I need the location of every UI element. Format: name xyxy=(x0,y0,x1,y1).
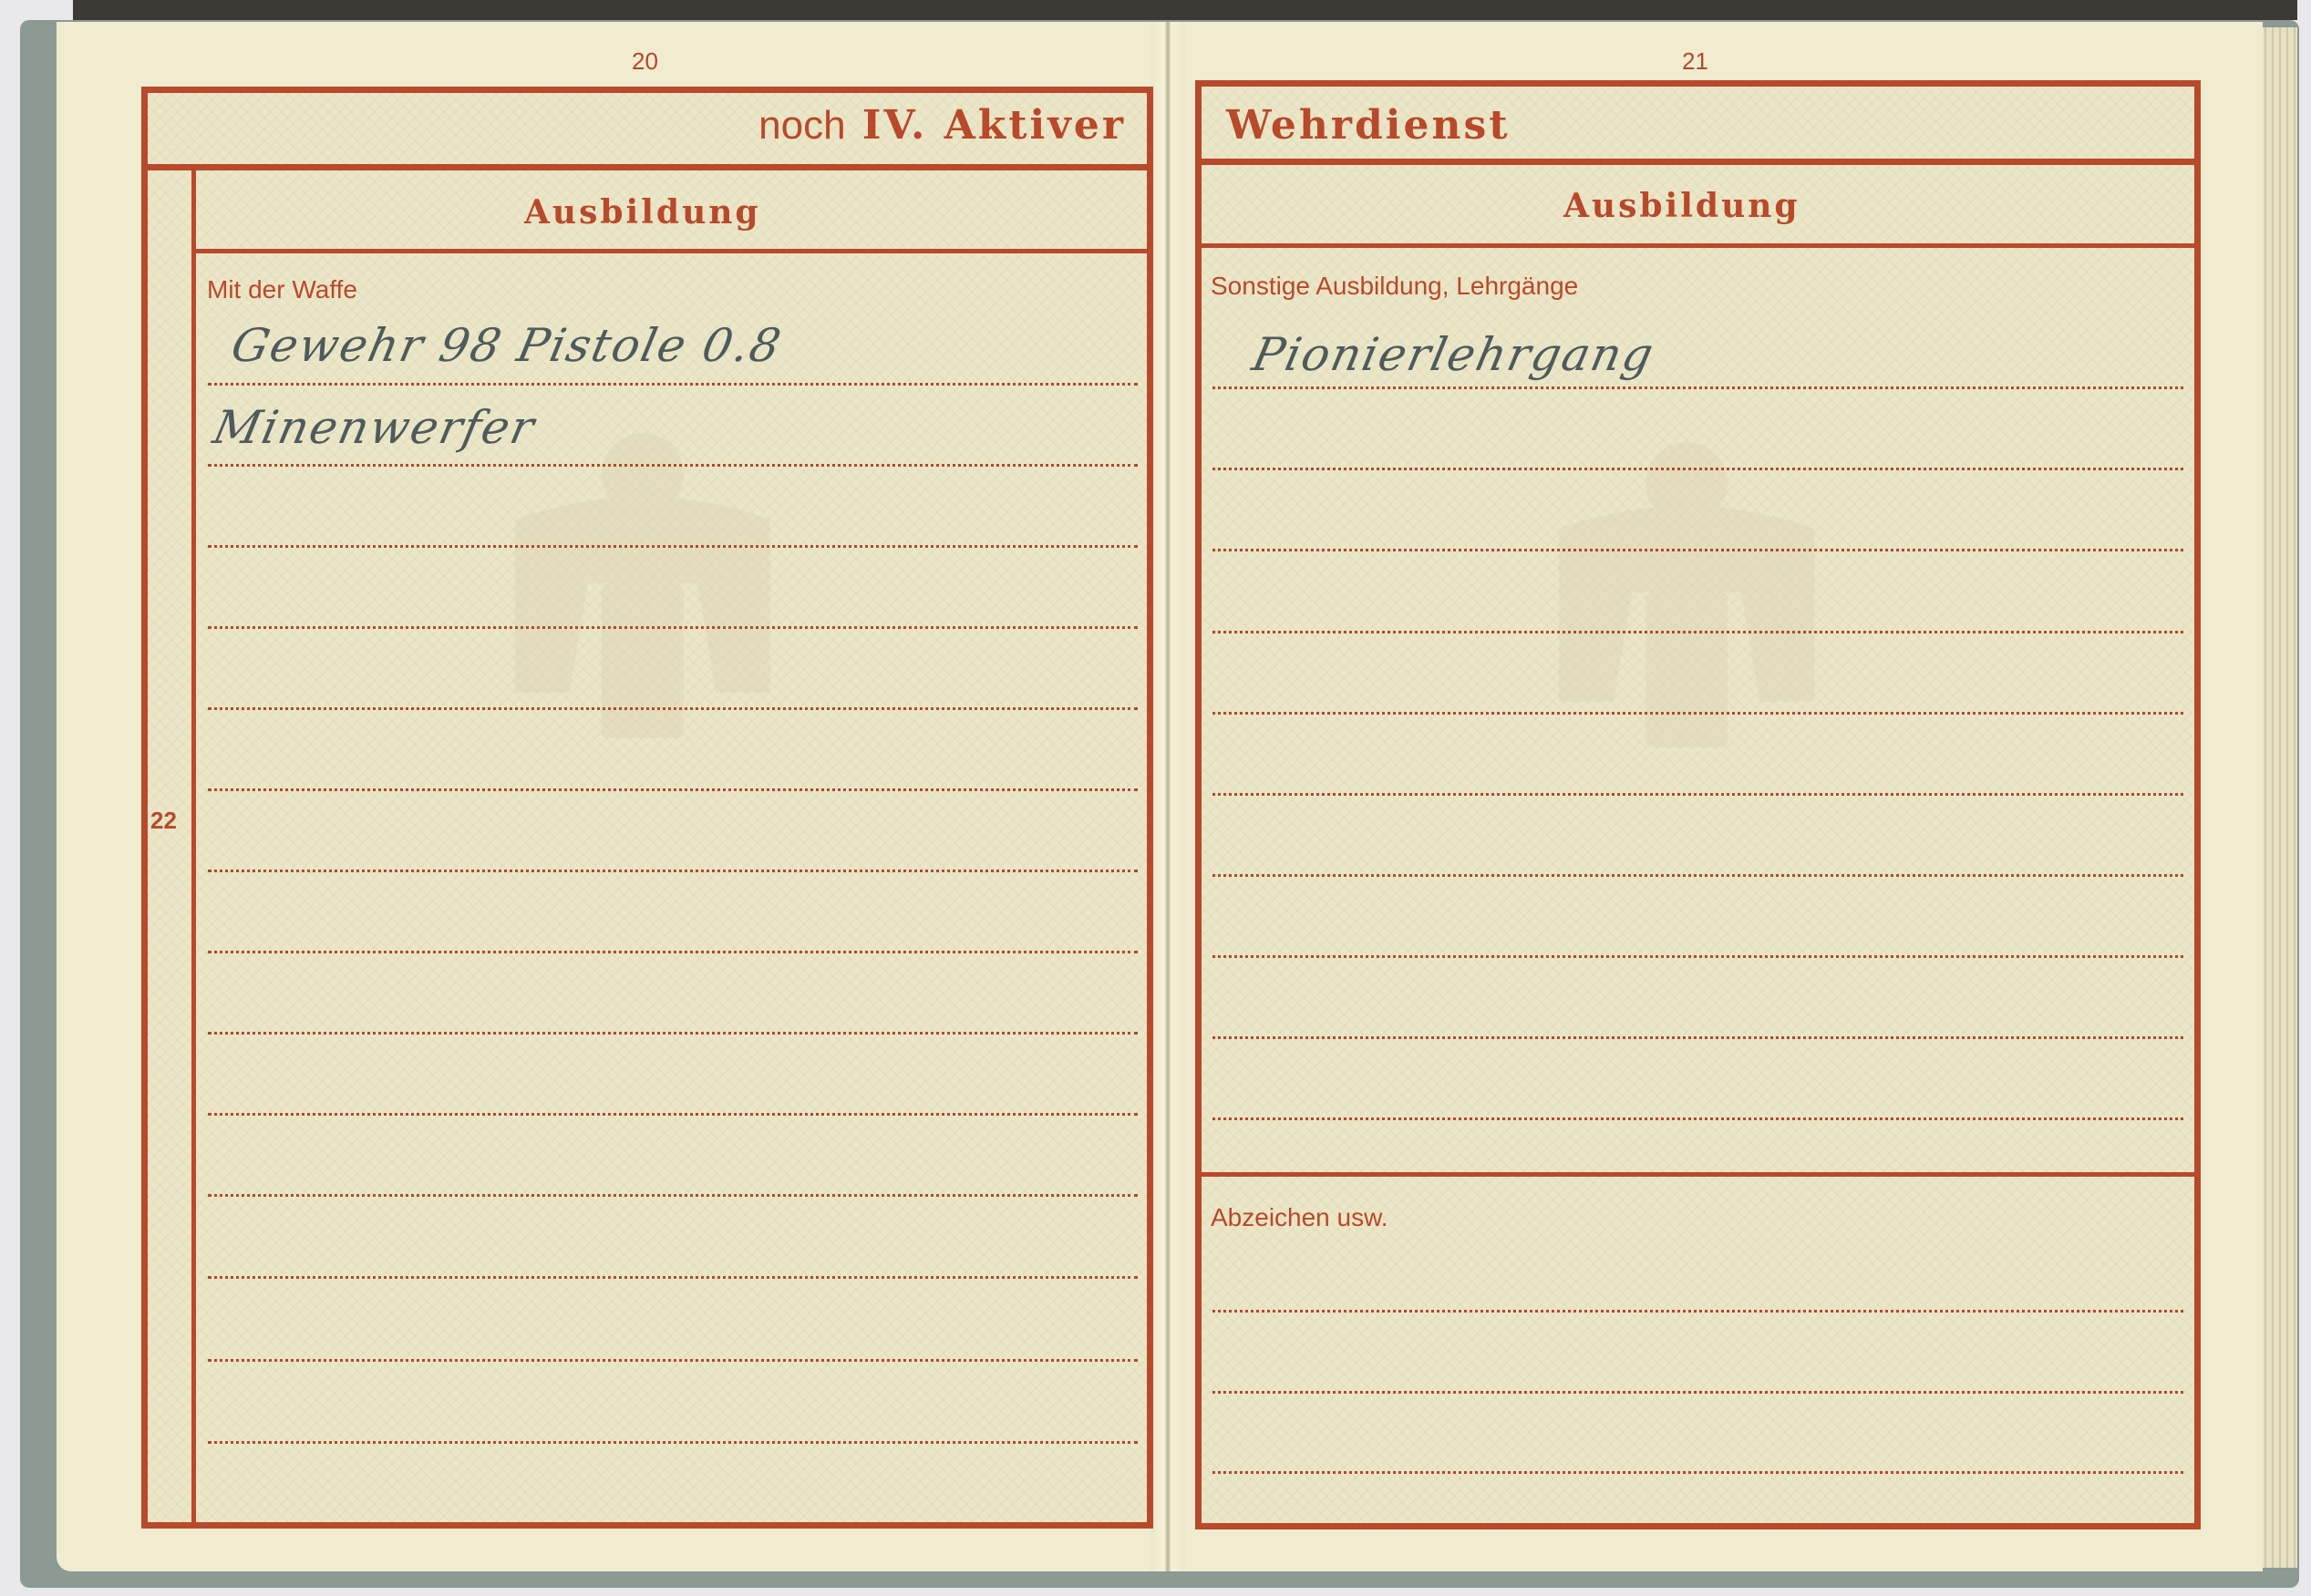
page-number-right: 21 xyxy=(1682,47,1708,76)
page-number-left: 20 xyxy=(632,47,658,76)
ruled-line xyxy=(208,1359,1138,1362)
left-header-divider xyxy=(141,164,1153,170)
badges-section-divider xyxy=(1195,1172,2201,1177)
right-header-title: Wehrdienst xyxy=(1226,102,1511,149)
field-label-badges: Abzeichen usw. xyxy=(1211,1203,1388,1232)
ruled-line xyxy=(208,383,1138,386)
ruled-line xyxy=(208,545,1138,548)
field-label-weapon-training: Mit der Waffe xyxy=(207,275,357,304)
left-margin-column-divider xyxy=(191,170,196,1527)
ruled-line xyxy=(1212,1036,2183,1039)
ruled-line xyxy=(1212,468,2183,470)
watermark-emblem-icon xyxy=(497,419,789,766)
handwritten-entry: Pionierlehrgang xyxy=(1248,328,1659,381)
book-spine xyxy=(1150,22,1185,1571)
ruled-line xyxy=(208,788,1138,791)
ruled-line xyxy=(208,707,1138,710)
handwritten-entry: Gewehr 98 Pistole 0.8 xyxy=(227,319,787,372)
ruled-line xyxy=(1212,1117,2183,1120)
ruled-line xyxy=(208,1441,1138,1444)
header-title: IV. Aktiver xyxy=(862,102,1126,149)
ruled-line xyxy=(1212,549,2183,551)
field-label-other-training: Sonstige Ausbildung, Lehrgänge xyxy=(1211,272,1578,301)
right-section-title: Ausbildung xyxy=(1563,187,1800,225)
ruled-line xyxy=(1212,955,2183,958)
ruled-line xyxy=(208,464,1138,467)
left-header: noch IV. Aktiver xyxy=(758,102,1126,149)
ruled-line xyxy=(208,1276,1138,1279)
ruled-line xyxy=(208,1032,1138,1035)
ruled-line xyxy=(208,870,1138,872)
left-section-title: Ausbildung xyxy=(524,193,761,232)
ruled-line xyxy=(1212,631,2183,633)
handwritten-entry: Minenwerfer xyxy=(209,401,541,454)
ruled-line xyxy=(208,626,1138,629)
margin-number: 22 xyxy=(150,807,177,835)
right-section-divider xyxy=(1195,243,2201,248)
watermark-emblem-icon xyxy=(1541,428,1832,775)
ruled-line xyxy=(1212,712,2183,715)
ruled-line xyxy=(1212,386,2183,389)
ruled-line xyxy=(1212,1310,2183,1313)
right-header-divider xyxy=(1195,159,2201,165)
ruled-line xyxy=(1212,793,2183,796)
ruled-line xyxy=(1212,1391,2183,1394)
header-prefix: noch xyxy=(758,103,845,148)
ruled-line xyxy=(208,1194,1138,1197)
cover-top-edge xyxy=(73,0,2297,20)
ruled-line xyxy=(208,1113,1138,1116)
ruled-line xyxy=(1212,874,2183,877)
left-section-divider xyxy=(194,249,1151,253)
ruled-line xyxy=(208,951,1138,953)
ruled-line xyxy=(1212,1471,2183,1474)
